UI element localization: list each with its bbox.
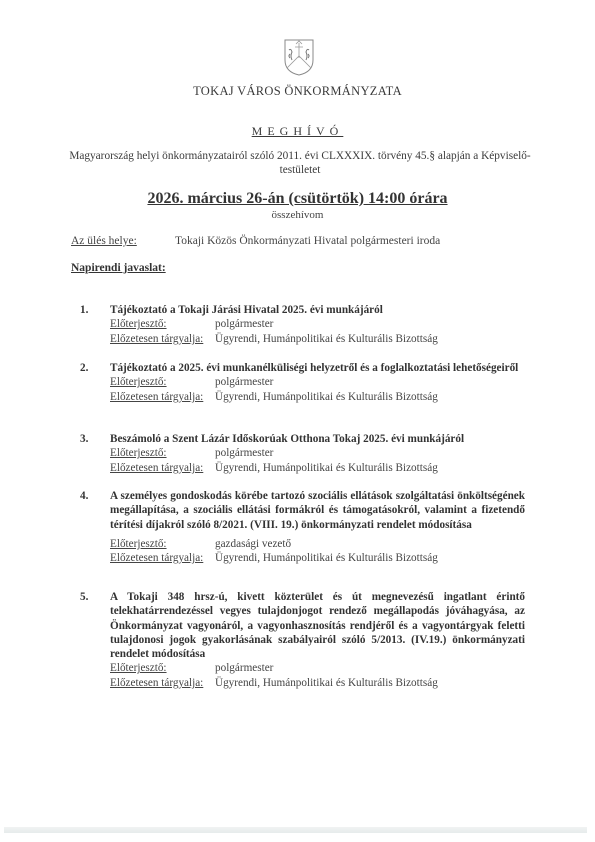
agenda-item-subject: A személyes gondoskodás körébe tartozó s…: [110, 489, 525, 532]
organization-name: TOKAJ VÁROS ÖNKORMÁNYZATA: [0, 84, 595, 99]
presenter-label: Előterjesztő:: [110, 446, 167, 460]
presenter-label: Előterjesztő:: [110, 537, 167, 551]
coat-of-arms-icon: [283, 38, 315, 76]
agenda-item-subject: A Tokaji 348 hrsz-ú, kivett közterület é…: [110, 590, 525, 661]
committee-value: Ügyrendi, Humánpolitikai és Kulturális B…: [215, 676, 438, 690]
agenda-item-committee: Előzetesen tárgyalja: Ügyrendi, Humánpol…: [110, 332, 525, 346]
agenda-item-subject: Beszámoló a Szent Lázár Időskorúak Ottho…: [110, 432, 525, 446]
committee-value: Ügyrendi, Humánpolitikai és Kulturális B…: [215, 461, 438, 475]
agenda-item-number: 2.: [80, 361, 88, 375]
committee-label: Előzetesen tárgyalja:: [110, 676, 203, 690]
agenda-item-number: 4.: [80, 489, 88, 503]
committee-label: Előzetesen tárgyalja:: [110, 461, 203, 475]
agenda-item-subject: Tájékoztató a 2025. évi munkanélküliségi…: [110, 361, 525, 375]
agenda-item-presenter: Előterjesztő: polgármester: [110, 446, 525, 460]
committee-value: Ügyrendi, Humánpolitikai és Kulturális B…: [215, 390, 438, 404]
committee-label: Előzetesen tárgyalja:: [110, 390, 203, 404]
agenda-item-number: 1.: [80, 303, 88, 317]
agenda-item-committee: Előzetesen tárgyalja: Ügyrendi, Humánpol…: [110, 551, 525, 565]
presenter-value: polgármester: [215, 446, 273, 460]
agenda-heading: Napirendi javaslat:: [71, 262, 166, 274]
venue-value: Tokaji Közös Önkormányzati Hivatal polgá…: [175, 235, 440, 247]
convene-text: összehívom: [0, 209, 595, 221]
agenda-item-presenter: Előterjesztő: polgármester: [110, 317, 525, 331]
agenda-item-committee: Előzetesen tárgyalja: Ügyrendi, Humánpol…: [110, 461, 525, 475]
agenda-item-presenter: Előterjesztő: polgármester: [110, 375, 525, 389]
committee-value: Ügyrendi, Humánpolitikai és Kulturális B…: [215, 551, 438, 565]
committee-label: Előzetesen tárgyalja:: [110, 551, 203, 565]
agenda-item-presenter: Előterjesztő: gazdasági vezető: [110, 537, 525, 551]
document-page: TOKAJ VÁROS ÖNKORMÁNYZATA MEGHÍVÓ Magyar…: [0, 0, 595, 842]
document-title: MEGHÍVÓ: [0, 124, 595, 139]
scan-edge-band: [4, 827, 587, 833]
legal-basis-text: Magyarország helyi önkormányzatairól szó…: [60, 149, 540, 177]
presenter-label: Előterjesztő:: [110, 317, 167, 331]
presenter-value: polgármester: [215, 661, 273, 675]
agenda-item: 3. Beszámoló a Szent Lázár Időskorúak Ot…: [80, 432, 525, 475]
agenda-item: 5. A Tokaji 348 hrsz-ú, kivett közterüle…: [80, 590, 525, 690]
agenda-item: 1. Tájékoztató a Tokaji Járási Hivatal 2…: [80, 303, 525, 346]
venue-label: Az ülés helye:: [71, 235, 137, 247]
agenda-item-subject: Tájékoztató a Tokaji Járási Hivatal 2025…: [110, 303, 525, 317]
presenter-value: polgármester: [215, 317, 273, 331]
committee-value: Ügyrendi, Humánpolitikai és Kulturális B…: [215, 332, 438, 346]
agenda-item-presenter: Előterjesztő: polgármester: [110, 661, 525, 675]
committee-label: Előzetesen tárgyalja:: [110, 332, 203, 346]
agenda-item: 2. Tájékoztató a 2025. évi munkanélkülis…: [80, 361, 525, 404]
agenda-item-number: 3.: [80, 432, 88, 446]
presenter-label: Előterjesztő:: [110, 661, 167, 675]
agenda-item: 4. A személyes gondoskodás körébe tartoz…: [80, 489, 525, 565]
presenter-value: polgármester: [215, 375, 273, 389]
meeting-datetime: 2026. március 26-án (csütörtök) 14:00 ór…: [0, 190, 595, 208]
agenda-item-committee: Előzetesen tárgyalja: Ügyrendi, Humánpol…: [110, 676, 525, 690]
agenda-item-committee: Előzetesen tárgyalja: Ügyrendi, Humánpol…: [110, 390, 525, 404]
presenter-label: Előterjesztő:: [110, 375, 167, 389]
presenter-value: gazdasági vezető: [215, 537, 291, 551]
agenda-item-number: 5.: [80, 590, 88, 604]
